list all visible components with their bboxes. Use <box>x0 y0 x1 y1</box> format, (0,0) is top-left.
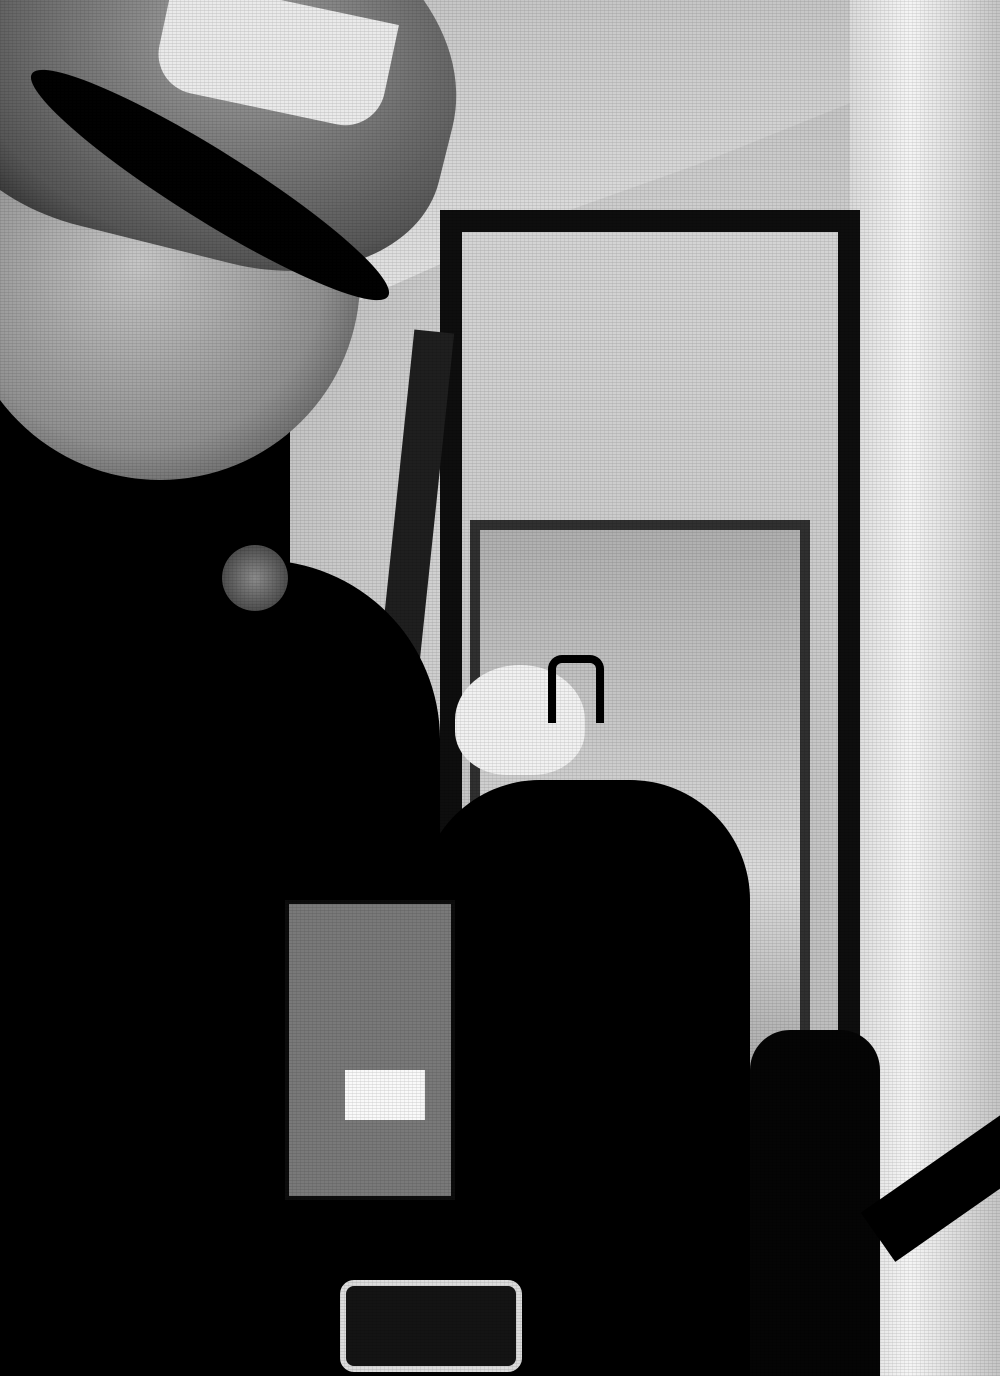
radio <box>340 1280 522 1372</box>
gauge-label <box>345 1070 425 1120</box>
breathing-apparatus-gauge <box>285 900 455 1200</box>
photograph <box>0 0 1000 1376</box>
chin-strap-knob <box>222 545 288 611</box>
standpipe-valve <box>750 1030 880 1376</box>
hook-tool <box>548 655 604 723</box>
